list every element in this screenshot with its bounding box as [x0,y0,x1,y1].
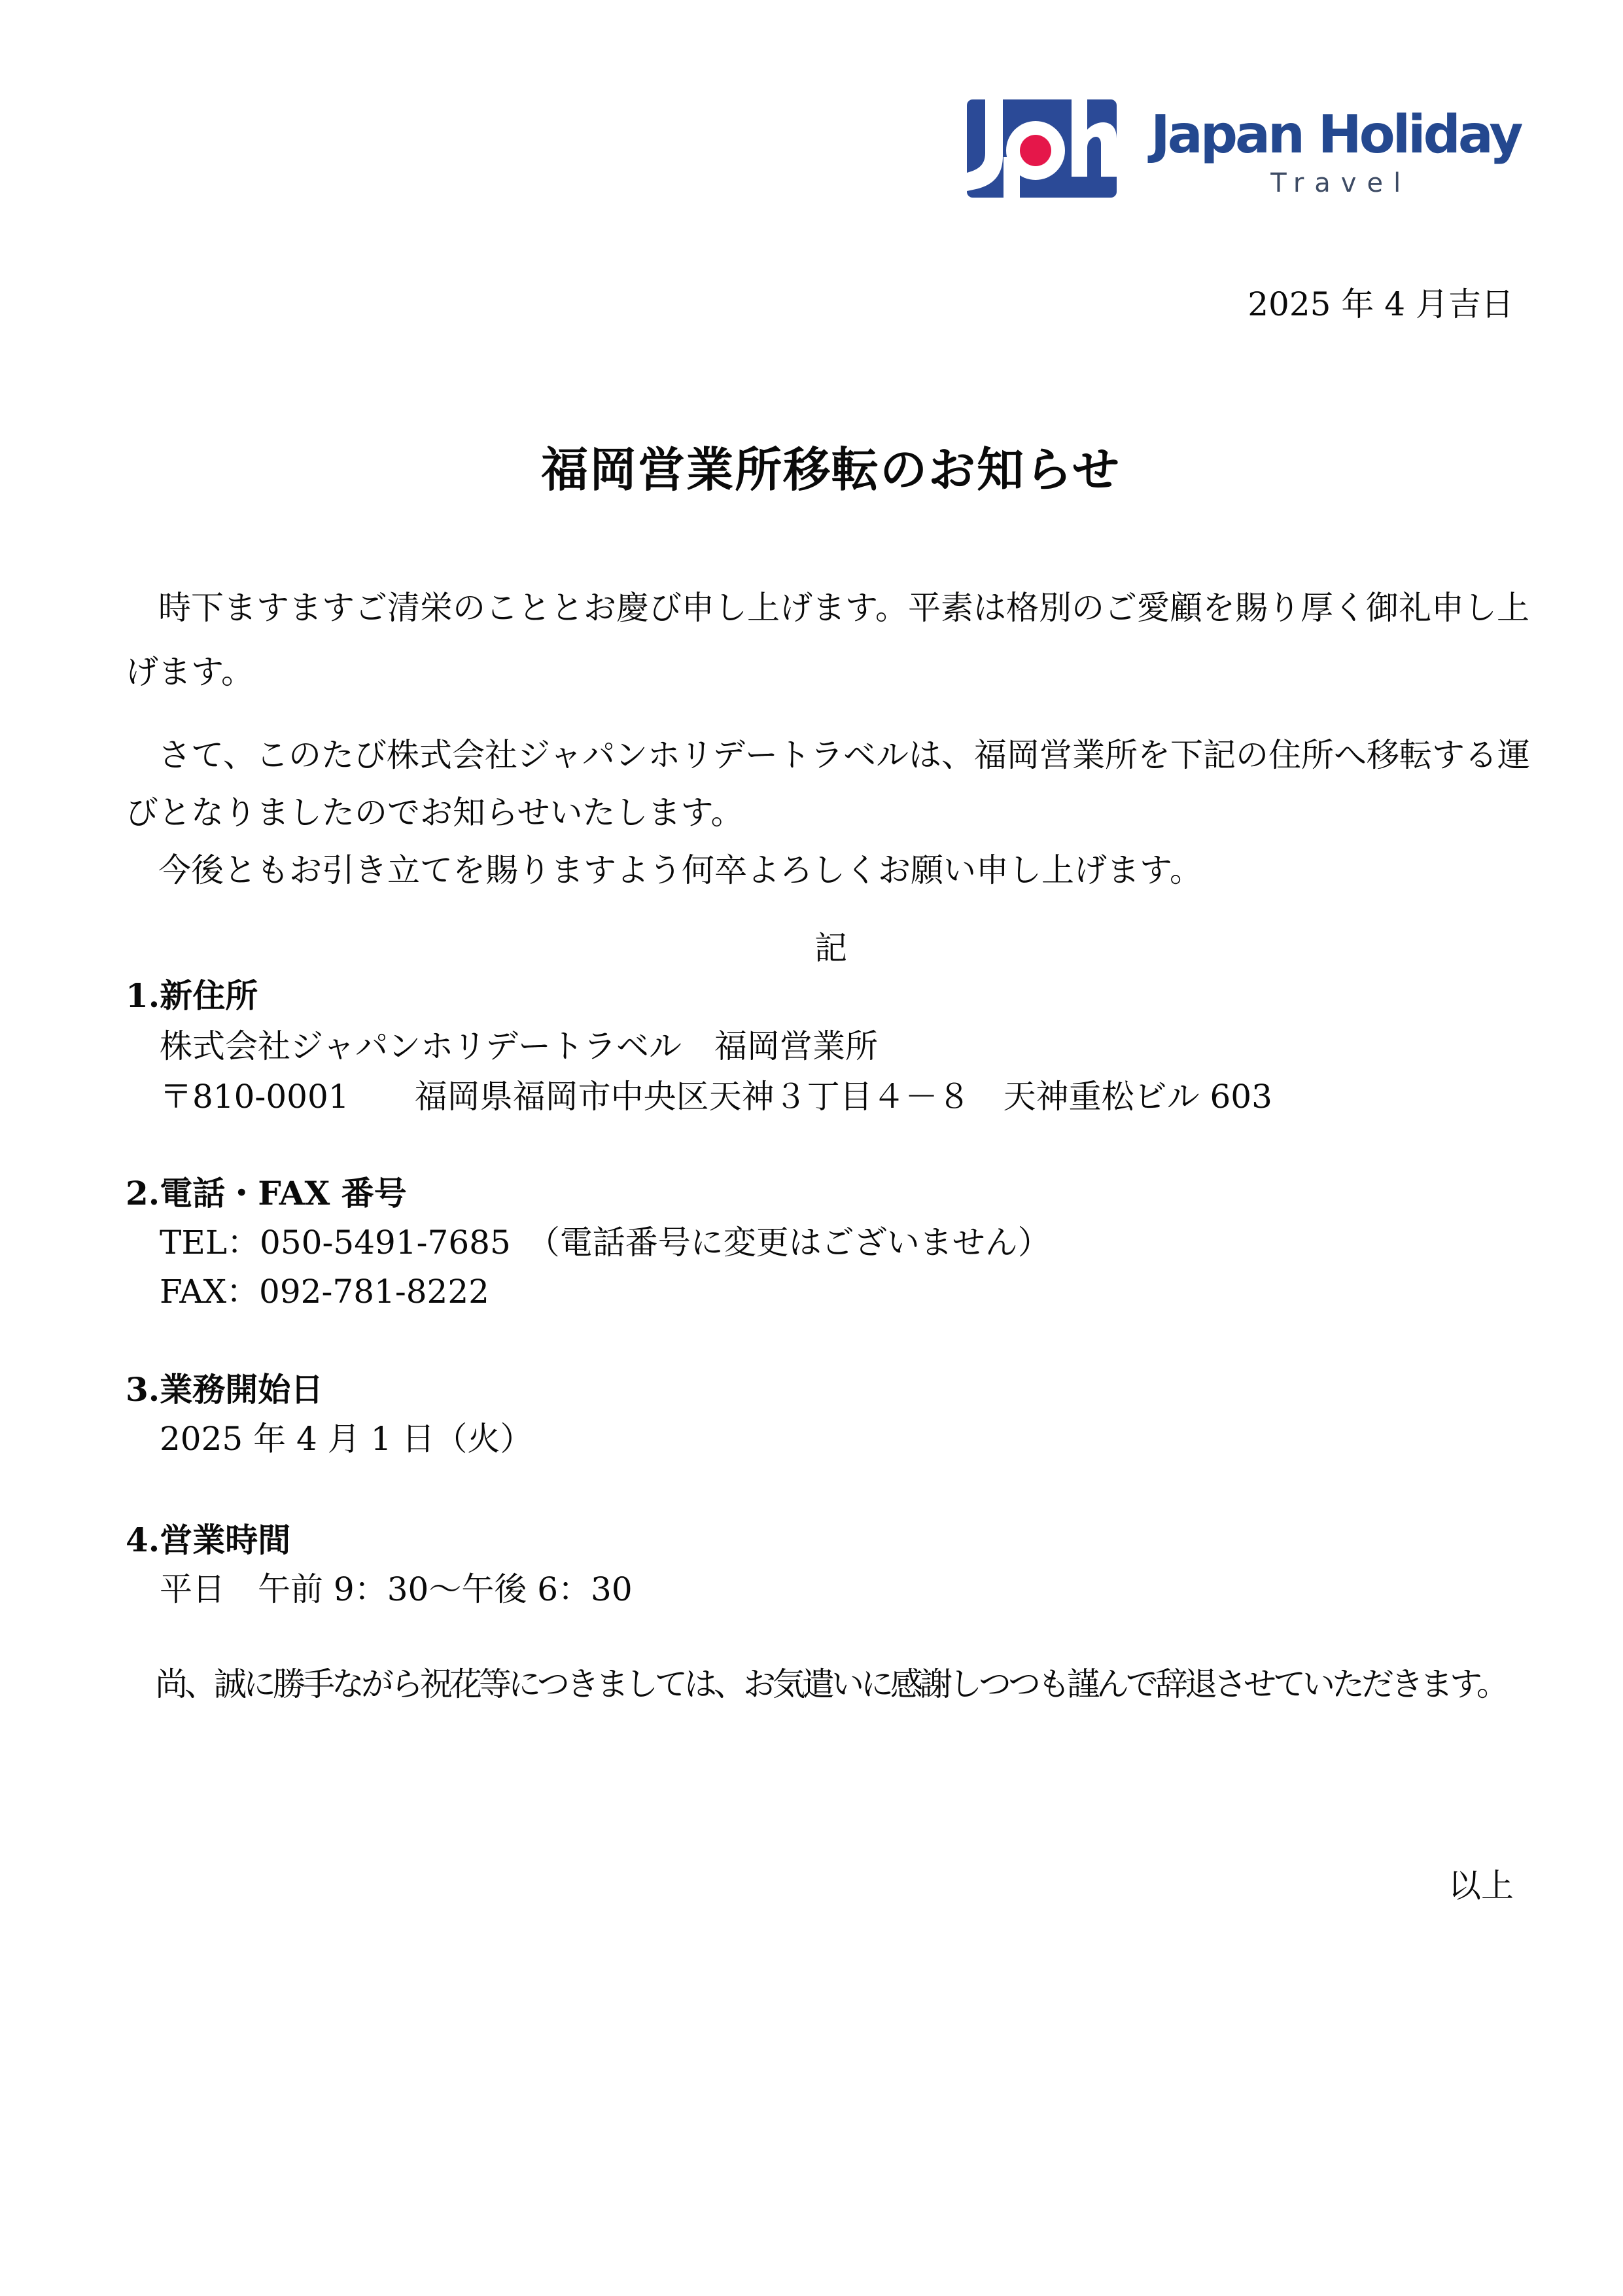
closing-note: 尚、誠に勝手ながら祝花等につきましては、お気遣いに感謝しつつも謹んで辞退させてい… [126,1663,1536,1705]
announcement-line-1: さて、このたび株式会社ジャパンホリデートラベルは、福岡営業所を下記の住所へ移転す… [126,734,1536,776]
section-3-heading: 3.業務開始日 [126,1369,1536,1411]
announcement-line-2: びとなりましたのでお知らせいたします。 [126,792,1536,834]
fax-number-line: FAX：092-781-8222 [126,1271,1536,1313]
notice-document-page: Japan Holiday Travel 2025 年 4 月吉日 福岡営業所移… [0,0,1623,2296]
new-address-company-line: 株式会社ジャパンホリデートラベル 福岡営業所 [126,1025,1536,1067]
tel-number-line: TEL：050-5491-7685 （電話番号に変更はございません） [126,1222,1536,1263]
section-1-heading: 1.新住所 [126,975,1536,1017]
jph-logo-mark-icon [967,99,1117,198]
greeting-line-1: 時下ますますご清栄のこととお慶び申し上げます。平素は格別のご愛顧を賜り厚く御礼申… [126,587,1536,629]
closing-marker: 以上 [126,1865,1536,1907]
section-4-heading: 4.営業時間 [126,1519,1536,1561]
logo-brand-name: Japan Holiday [1151,109,1521,161]
document-title: 福岡営業所移転のお知らせ [126,442,1536,497]
section-2-heading: 2.電話・FAX 番号 [126,1173,1536,1214]
business-hours-line: 平日 午前 9：30～午後 6：30 [126,1568,1536,1610]
new-address-postal-line: 〒810-0001 福岡県福岡市中央区天神３丁目４－８ 天神重松ビル 603 [126,1076,1536,1118]
record-marker: 記 [126,927,1536,969]
logo-brand-subtitle: Travel [1260,170,1411,196]
document-date: 2025 年 4 月吉日 [126,283,1536,325]
logo-text-block: Japan Holiday Travel [1151,99,1521,196]
request-line: 今後ともお引き立てを賜りますよう何卒よろしくお願い申し上げます。 [126,849,1536,891]
start-date-line: 2025 年 4 月 1 日（火） [126,1418,1536,1460]
greeting-line-2: げます。 [126,651,1536,693]
company-logo: Japan Holiday Travel [967,99,1521,198]
